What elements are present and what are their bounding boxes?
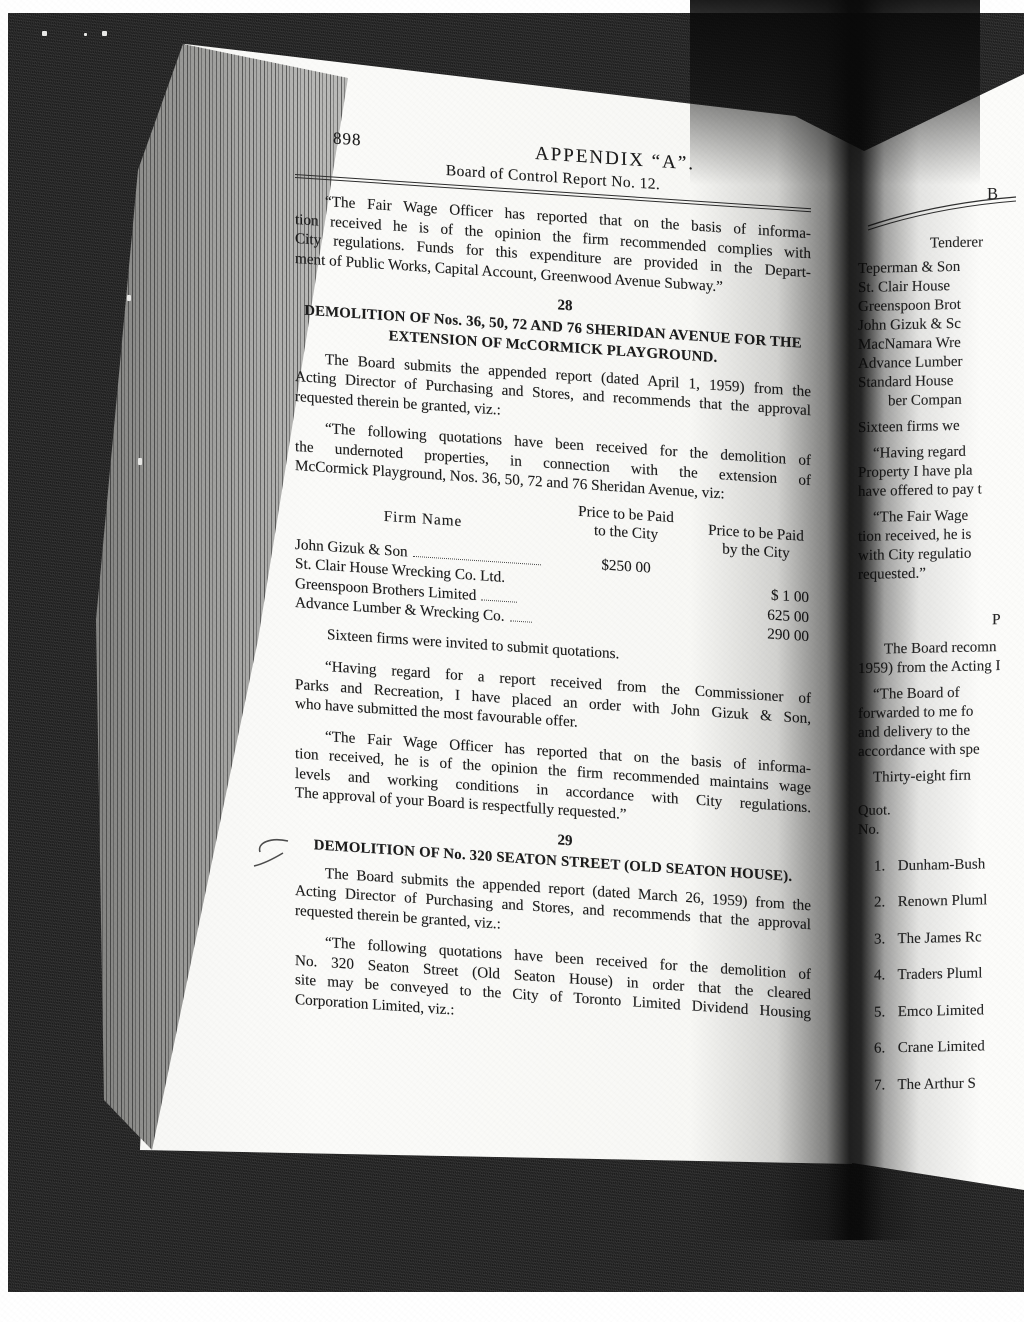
no-label: No. — [858, 817, 1024, 840]
tenderer-list: Teperman & SonSt. Clair HouseGreenspoon … — [858, 256, 1024, 412]
page-edge-glint — [138, 458, 142, 465]
fragment-line: accordance with spe — [858, 739, 1024, 762]
numbered-list-item: 1. Dunham-Bush — [874, 854, 1024, 876]
item-number: 7. — [874, 1076, 894, 1095]
item-number: 4. — [874, 966, 894, 985]
tender-numbered-list: 1. Dunham-Bush 2. Renown Pluml 3. The Ja… — [858, 854, 1024, 1096]
column-header-price-by-city: Price to be Paid by the City — [701, 520, 811, 563]
dotted-leaders — [481, 586, 517, 602]
dust-speck — [102, 31, 107, 36]
fragment-line: have offered to pay t — [858, 479, 1024, 502]
fragment-block-2: “Having regardProperty I have plahave of… — [858, 441, 1024, 502]
fragment-block-5: “The Board offorwarded to me foand deliv… — [858, 682, 1024, 762]
right-page-text-column: Tenderer Teperman & SonSt. Clair HouseGr… — [858, 232, 1024, 1095]
dotted-leaders — [413, 542, 541, 565]
numbered-list-item: 6. Crane Limited — [874, 1036, 1024, 1058]
fragment-line: 1959) from the Acting I — [858, 656, 1024, 679]
item-number: 6. — [874, 1039, 894, 1058]
fragment-block-1: Sixteen firms we — [858, 415, 1024, 438]
right-page-header-rule — [866, 194, 1018, 234]
left-page-text-column: 898 APPENDIX “A”. Board of Control Repor… — [295, 128, 811, 1054]
price-to-city-values: $250 00 — [551, 552, 701, 640]
fragment-block-6: Thirty-eight firn — [858, 765, 1024, 788]
item-text: Renown Pluml — [898, 892, 988, 910]
arrow-mark-svg — [250, 836, 292, 872]
item-text: The James Rc — [897, 929, 981, 947]
numbered-list-item: 3. The James Rc — [874, 927, 1024, 949]
numbered-list-item: 5. Emco Limited — [874, 1000, 1024, 1022]
tenderer-heading: Tenderer — [858, 232, 1024, 255]
numbered-list-item: 4. Traders Pluml — [874, 963, 1024, 985]
dust-speck — [42, 31, 47, 36]
dotted-leaders — [510, 607, 532, 622]
quotation-table: Firm Name Price to be Paid to the City P… — [295, 487, 811, 647]
dust-speck — [84, 33, 87, 36]
column-header-price-to-city: Price to be Paid to the City — [551, 501, 701, 557]
fragment-line: Thirty-eight firn — [858, 765, 1024, 788]
item-text: The Arthur S — [897, 1075, 975, 1093]
item-number: 1. — [874, 857, 894, 876]
fragment-line: Sixteen firms we — [858, 415, 1024, 438]
fragment-line: requested.” — [858, 562, 1024, 585]
item-text: Emco Limited — [898, 1002, 984, 1020]
section-letter-fragment: P — [858, 609, 1024, 632]
item-number: 2. — [874, 893, 894, 912]
item-number: 5. — [874, 1003, 894, 1022]
fragment-block-4: The Board recomn1959) from the Acting I — [858, 637, 1024, 679]
item-text: Dunham-Bush — [898, 856, 986, 874]
handwritten-arrow-mark — [250, 836, 292, 877]
item-number: 3. — [874, 930, 894, 949]
numbered-list-item: 2. Renown Pluml — [874, 890, 1024, 912]
book-scan: 898 APPENDIX “A”. Board of Control Repor… — [0, 0, 1024, 1322]
price-by-city-values: $ 1 00625 00290 00 — [701, 561, 809, 646]
item-text: Crane Limited — [898, 1038, 985, 1056]
tenderer-line: ber Compan — [858, 389, 1024, 412]
page-edge-glint — [127, 295, 131, 301]
fragment-block-3: “The Fair Wagetion received, he iswith C… — [858, 505, 1024, 585]
item-text: Traders Pluml — [897, 965, 982, 983]
numbered-list-item: 7. The Arthur S — [874, 1073, 1024, 1095]
